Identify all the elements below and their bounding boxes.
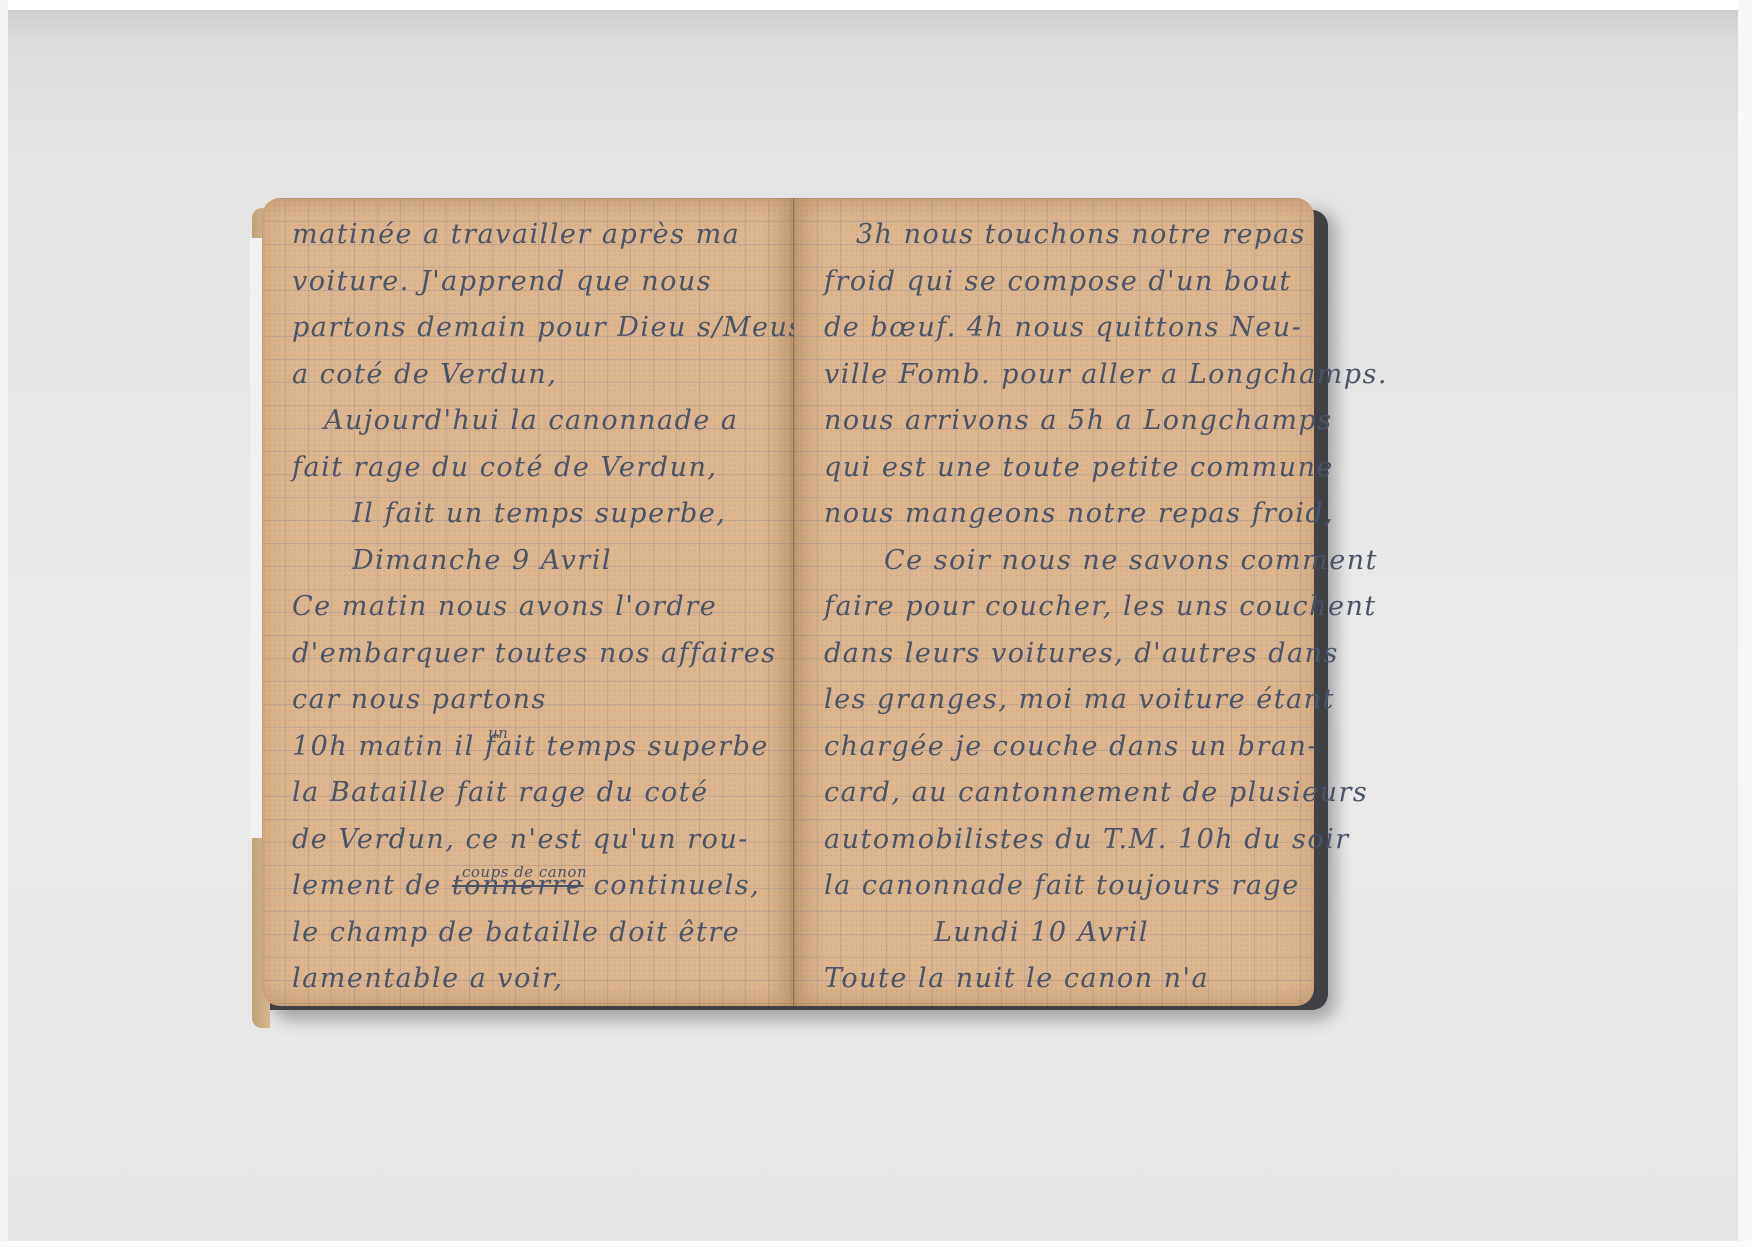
- line-text: 10h matin il fait temps superbe: [292, 731, 769, 762]
- handwritten-line: dans leurs voitures, d'autres dans: [824, 631, 1290, 678]
- handwritten-line: Ce soir nous ne savons comment: [824, 538, 1290, 585]
- handwritten-line-with-insertion: 10h matin il fait temps superbe un: [292, 724, 774, 771]
- handwritten-line: chargée je couche dans un bran-: [824, 724, 1290, 771]
- left-page-text: matinée a travailler après ma voiture. J…: [292, 212, 774, 1003]
- handwritten-line: car nous partons: [292, 677, 774, 724]
- handwritten-line: nous arrivons a 5h a Longchamps: [824, 398, 1290, 445]
- date-heading-monday: Lundi 10 Avril: [824, 910, 1290, 957]
- handwritten-line: de bœuf. 4h nous quittons Neu-: [824, 305, 1290, 352]
- handwritten-line: fait rage du coté de Verdun,: [292, 445, 774, 492]
- handwritten-line: froid qui se compose d'un bout: [824, 259, 1290, 306]
- handwritten-line: Toute la nuit le canon n'a: [824, 956, 1290, 1003]
- handwritten-line: les granges, moi ma voiture étant: [824, 677, 1290, 724]
- scan-border-left: [0, 0, 8, 1247]
- scan-border-bottom: [0, 1241, 1752, 1247]
- handwritten-line: voiture. J'apprend que nous: [292, 259, 774, 306]
- handwritten-line: d'embarquer toutes nos affaires: [292, 631, 774, 678]
- handwritten-line: le champ de bataille doit être: [292, 910, 774, 957]
- handwritten-line: a coté de Verdun,: [292, 352, 774, 399]
- scan-border-right: [1738, 0, 1752, 1247]
- handwritten-line: Il fait un temps superbe,: [292, 491, 774, 538]
- handwritten-line: card, au cantonnement de plusieurs: [824, 770, 1290, 817]
- handwritten-line: Ce matin nous avons l'ordre: [292, 584, 774, 631]
- handwritten-line: matinée a travailler après ma: [292, 212, 774, 259]
- handwritten-line: ville Fomb. pour aller a Longchamps.: [824, 352, 1290, 399]
- handwritten-line-with-correction: lement de tonnerre continuels, coups de …: [292, 863, 774, 910]
- inserted-word: un: [488, 710, 508, 757]
- line-text: lement de: [292, 870, 452, 901]
- right-page-text: 3h nous touchons notre repas froid qui s…: [824, 212, 1290, 1003]
- handwritten-line: nous mangeons notre repas froid,: [824, 491, 1290, 538]
- handwritten-line: Aujourd'hui la canonnade a: [292, 398, 774, 445]
- left-page: matinée a travailler après ma voiture. J…: [262, 198, 794, 1006]
- scan-border-top: [0, 0, 1752, 10]
- handwritten-line: automobilistes du T.M. 10h du soir: [824, 817, 1290, 864]
- handwritten-line: la Bataille fait rage du coté: [292, 770, 774, 817]
- handwritten-line: la canonnade fait toujours rage: [824, 863, 1290, 910]
- line-text-end: continuels,: [584, 870, 761, 901]
- handwritten-line: qui est une toute petite commune: [824, 445, 1290, 492]
- right-page: 3h nous touchons notre repas froid qui s…: [794, 198, 1314, 1006]
- open-notebook: matinée a travailler après ma voiture. J…: [262, 198, 1326, 1010]
- date-heading-sunday: Dimanche 9 Avril: [292, 538, 774, 585]
- inserted-correction: coups de canon: [462, 849, 587, 896]
- handwritten-line: faire pour coucher, les uns couchent: [824, 584, 1290, 631]
- handwritten-line: lamentable a voir,: [292, 956, 774, 1003]
- handwritten-line: partons demain pour Dieu s/Meuse: [292, 305, 774, 352]
- handwritten-line: 3h nous touchons notre repas: [824, 212, 1290, 259]
